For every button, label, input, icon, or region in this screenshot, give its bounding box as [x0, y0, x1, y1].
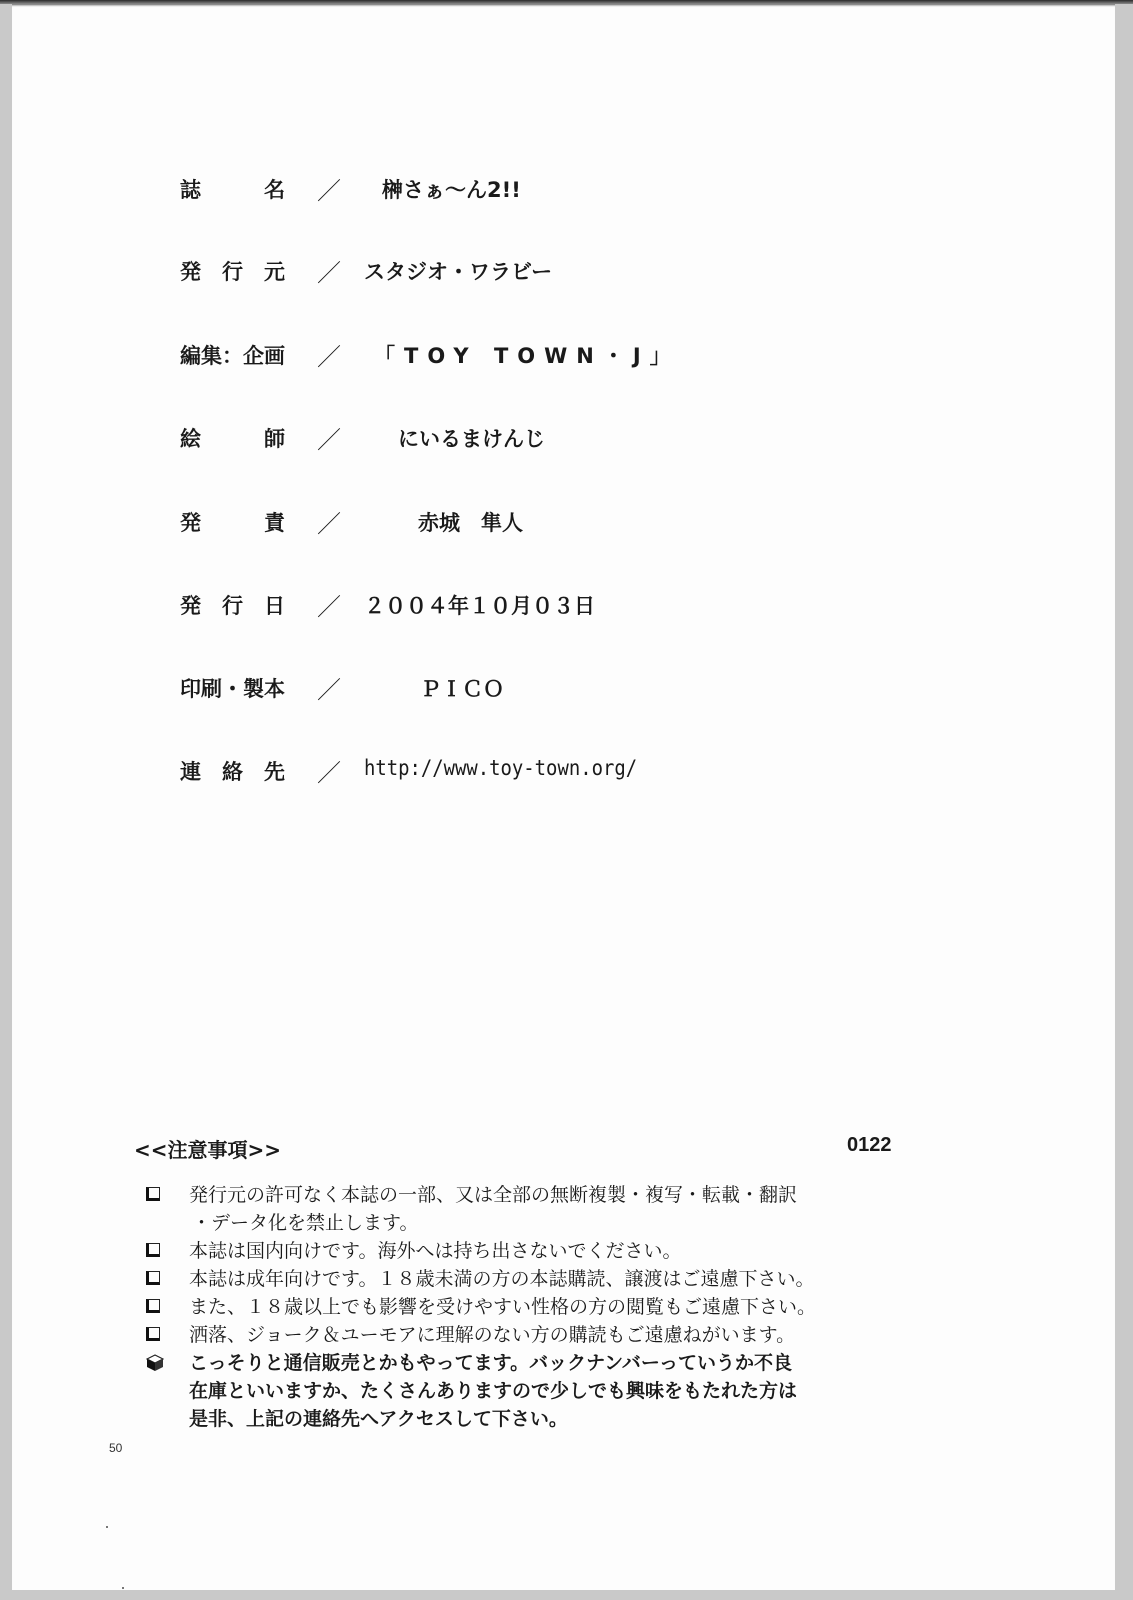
row-value: ＰＩＣＯ — [420, 673, 504, 703]
checkbox-icon — [146, 1187, 160, 1201]
notice-item: 本誌は国内向けです。海外へは持ち出さないでください。 — [134, 1237, 914, 1265]
notice-text: また、１８歳以上でも影響を受けやすい性格の方の閲覧もご遠慮下さい。 — [189, 1293, 816, 1321]
separator: ／ — [317, 753, 341, 788]
scan-speck — [122, 1587, 124, 1589]
row-value: 「TOY TOWN・J」 — [374, 340, 680, 370]
notice-text: 発行元の許可なく本誌の一部、又は全部の無断複製・複写・転載・翻訳 — [189, 1181, 797, 1209]
notice-heading: <<注意事項>> — [134, 1134, 281, 1163]
row-value: スタジオ・ワラビー — [364, 256, 552, 286]
notice-text: 是非、上記の連絡先へアクセスして下さい。 — [189, 1405, 568, 1433]
notice-text: 在庫といいますか、たくさんありますので少しでも興味をもたれた方は — [189, 1377, 797, 1405]
cube-icon — [146, 1354, 164, 1372]
scan-speck — [106, 1526, 108, 1528]
separator: ／ — [317, 253, 341, 288]
checkbox-icon — [146, 1271, 160, 1285]
notice-text: ・データ化を禁止します。 — [192, 1209, 418, 1237]
row-value: ２００４年１０月０３日 — [364, 590, 595, 620]
notice-text: 洒落、ジョーク＆ユーモアに理解のない方の購読もご遠慮ねがいます。 — [189, 1321, 795, 1349]
separator: ／ — [317, 587, 341, 622]
row-label: 連 絡 先 — [180, 756, 304, 786]
row-label: 印刷・製本 — [180, 673, 304, 703]
page-number: 50 — [109, 1441, 122, 1455]
notice-item: 本誌は成年向けです。１８歳未満の方の本誌購読、譲渡はご遠慮下さい。 — [134, 1265, 914, 1293]
notice-item-mailorder: こっそりと通信販売とかもやってます。バックナンバーっていうか不良 — [134, 1349, 914, 1377]
notice-item-continuation: ・データ化を禁止します。 — [134, 1209, 914, 1237]
separator: ／ — [317, 670, 341, 705]
contact-url: http://www.toy-town.org/ — [364, 756, 637, 780]
row-value: 榊さぁ〜ん2!! — [382, 174, 521, 204]
checkbox-icon — [146, 1243, 160, 1257]
row-label: 発 行 元 — [180, 256, 304, 286]
notice-item: 発行元の許可なく本誌の一部、又は全部の無断複製・複写・転載・翻訳 — [134, 1181, 914, 1209]
separator: ／ — [317, 171, 341, 206]
row-label: 発 行 日 — [180, 590, 304, 620]
row-label: 誌 名 — [180, 174, 304, 204]
notice-text: こっそりと通信販売とかもやってます。バックナンバーっていうか不良 — [189, 1349, 792, 1377]
notice-item: また、１８歳以上でも影響を受けやすい性格の方の閲覧もご遠慮下さい。 — [134, 1293, 914, 1321]
checkbox-icon — [146, 1327, 160, 1341]
notice-code: 0122 — [847, 1134, 892, 1157]
checkbox-icon — [146, 1299, 160, 1313]
notice-item: 洒落、ジョーク＆ユーモアに理解のない方の購読もご遠慮ねがいます。 — [134, 1321, 914, 1349]
separator: ／ — [317, 504, 341, 539]
row-label: 発 責 — [180, 507, 304, 537]
notice-item-continuation: 在庫といいますか、たくさんありますので少しでも興味をもたれた方は — [134, 1377, 914, 1405]
separator: ／ — [317, 337, 341, 372]
row-label: 編集：企画 — [180, 340, 304, 370]
row-value: 赤城 隼人 — [418, 507, 523, 537]
notice-item-continuation: 是非、上記の連絡先へアクセスして下さい。 — [134, 1405, 914, 1433]
row-value: にいるまけんじ — [398, 423, 545, 453]
notice-text: 本誌は成年向けです。１８歳未満の方の本誌購読、譲渡はご遠慮下さい。 — [189, 1265, 814, 1293]
page: 誌 名 ／ 榊さぁ〜ん2!! 発 行 元 ／ スタジオ・ワラビー 編集：企画 ／… — [12, 4, 1115, 1590]
row-label: 絵 師 — [180, 423, 304, 453]
separator: ／ — [317, 420, 341, 455]
notice-list: 発行元の許可なく本誌の一部、又は全部の無断複製・複写・転載・翻訳 ・データ化を禁… — [134, 1181, 914, 1433]
notice-text: 本誌は国内向けです。海外へは持ち出さないでください。 — [189, 1237, 681, 1265]
